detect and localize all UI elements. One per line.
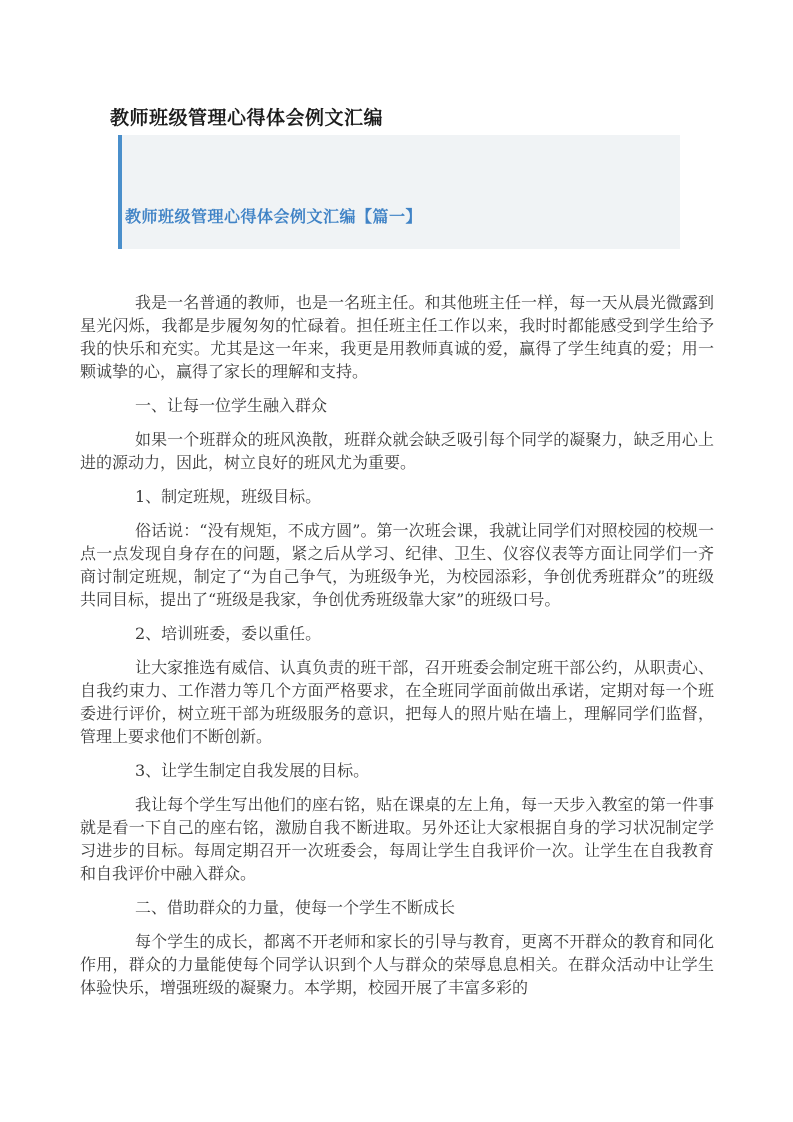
- section-heading: 二、借助群众的力量，使每一个学生不断成长: [80, 896, 714, 919]
- article-paragraph: 如果一个班群众的班风涣散，班群众就会缺乏吸引每个同学的凝聚力，缺乏用心上进的源动…: [80, 428, 714, 474]
- article-body: 我是一名普通的教师，也是一名班主任。和其他班主任一样，每一天从晨光微露到星光闪烁…: [80, 291, 714, 1010]
- article-paragraph: 我让每个学生写出他们的座右铭，贴在课桌的左上角，每一天步入教室的第一件事就是看一…: [80, 793, 714, 885]
- section-link[interactable]: 教师班级管理心得体会例文汇编【篇一】: [125, 207, 422, 226]
- article-paragraph: 俗话说：“没有规矩，不成方圆”。第一次班会课，我就让同学们对照校园的校规一点一点…: [80, 519, 714, 611]
- section-heading: 1、制定班规，班级目标。: [80, 485, 714, 508]
- section-heading: 3、让学生制定自我发展的目标。: [80, 759, 714, 782]
- article-paragraph: 每个学生的成长，都离不开老师和家长的引导与教育，更离不开群众的教育和同化作用，群…: [80, 930, 714, 999]
- article-paragraph: 让大家推选有威信、认真负责的班干部，召开班委会制定班干部公约，从职责心、自我约束…: [80, 656, 714, 748]
- page-title: 教师班级管理心得体会例文汇编: [110, 105, 383, 131]
- quote-box: 教师班级管理心得体会例文汇编【篇一】: [118, 135, 680, 249]
- section-heading: 一、让每一位学生融入群众: [80, 394, 714, 417]
- article-paragraph: 我是一名普通的教师，也是一名班主任。和其他班主任一样，每一天从晨光微露到星光闪烁…: [80, 291, 714, 383]
- section-heading: 2、培训班委，委以重任。: [80, 622, 714, 645]
- document-page: 教师班级管理心得体会例文汇编 教师班级管理心得体会例文汇编【篇一】 我是一名普通…: [0, 0, 793, 1122]
